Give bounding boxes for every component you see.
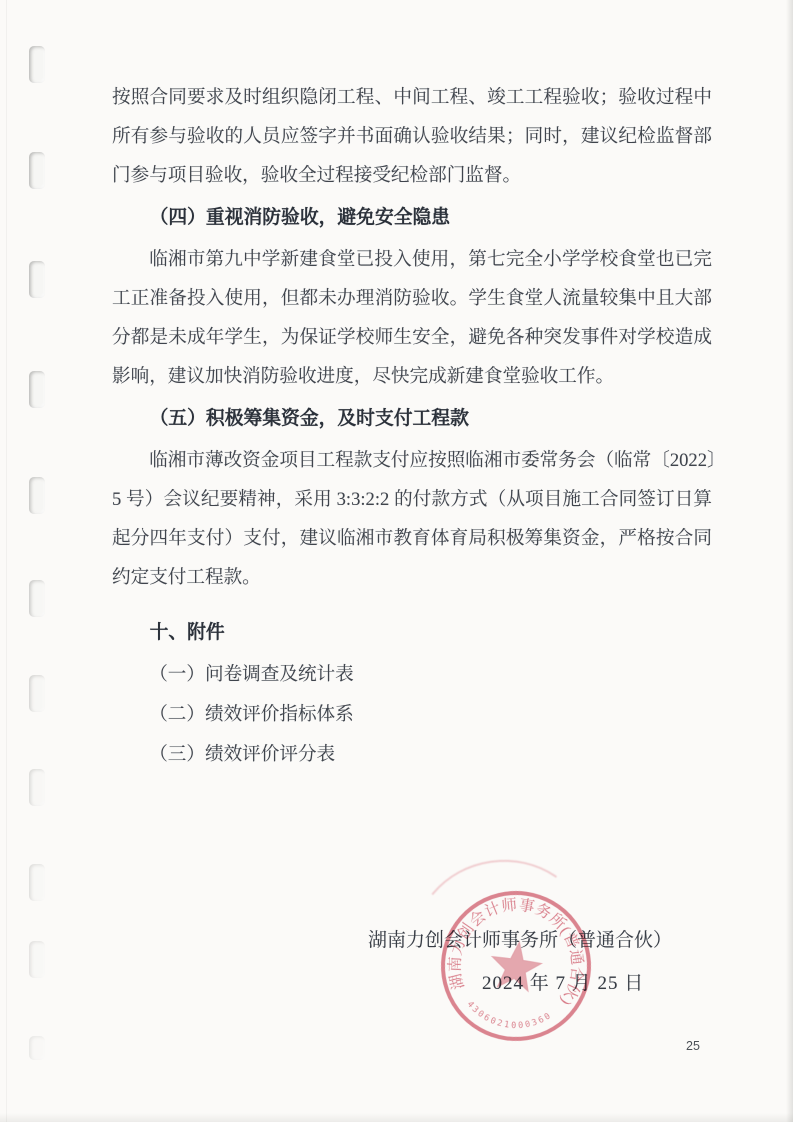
binding-hole [29, 675, 45, 712]
seal-star-icon [488, 939, 543, 992]
paragraph-line: 5 号）会议纪要精神，采用 3:3:2:2 的付款方式（从项目施工合同签订日算 [112, 480, 712, 519]
binding-hole [29, 580, 45, 617]
paragraph-continuation: 按照合同要求及时组织隐闭工程、中间工程、竣工工程验收；验收过程中所有参与验收的人… [112, 78, 712, 195]
binding-hole [29, 941, 45, 978]
paragraph-line: 按照合同要求及时组织隐闭工程、中间工程、竣工工程验收；验收过程中 [112, 78, 712, 117]
binding-hole [29, 152, 45, 189]
scan-edge-right [786, 0, 793, 1122]
binding-hole [29, 864, 45, 901]
section-heading-5: （五）积极筹集资金，及时支付工程款 [112, 399, 712, 438]
scanned-document-page: 按照合同要求及时组织隐闭工程、中间工程、竣工工程验收；验收过程中所有参与验收的人… [0, 0, 793, 1122]
seal-serial-number: 4306021000360 [462, 999, 555, 1037]
document-body: 按照合同要求及时组织隐闭工程、中间工程、竣工工程验收；验收过程中所有参与验收的人… [112, 78, 712, 774]
paragraph-section-5: 临湘市薄改资金项目工程款支付应按照临湘市委常务会（临常〔2022〕5 号）会议纪… [112, 441, 712, 597]
page-number: 25 [686, 1039, 700, 1053]
attachment-item: （一）问卷调查及统计表 [112, 655, 712, 694]
paragraph-section-4: 临湘市第九中学新建食堂已投入使用，第七完全小学学校食堂也已完工正准备投入使用，但… [112, 240, 712, 396]
paragraph-line: 门参与项目验收，验收全过程接受纪检部门监督。 [112, 156, 712, 195]
scan-edge-left [6, 0, 7, 1122]
paragraph-line: 分都是未成年学生，为保证学校师生安全，避免各种突发事件对学校造成 [112, 318, 712, 357]
binding-hole [29, 1036, 45, 1060]
company-seal-stamp: 湖南力创会计师事务所(普通合伙) 4306021000360 [428, 878, 604, 1054]
binding-hole [29, 371, 45, 408]
binding-hole [29, 46, 45, 83]
scan-edge-bottom [0, 1113, 793, 1122]
binding-hole [29, 769, 45, 806]
paragraph-line: 临湘市第九中学新建食堂已投入使用，第七完全小学学校食堂也已完 [112, 240, 712, 279]
section-heading-10: 十、附件 [112, 613, 712, 652]
svg-text:4306021000360: 4306021000360 [462, 999, 555, 1037]
binding-hole [29, 261, 45, 298]
paragraph-line: 工正准备投入使用，但都未办理消防验收。学生食堂人流量较集中且大部 [112, 279, 712, 318]
attachment-item: （三）绩效评价评分表 [112, 735, 712, 774]
paragraph-line: 影响，建议加快消防验收进度，尽快完成新建食堂验收工作。 [112, 357, 712, 396]
binding-hole [29, 477, 45, 514]
attachment-list: （一）问卷调查及统计表（二）绩效评价指标体系（三）绩效评价评分表 [112, 655, 712, 774]
paragraph-line: 临湘市薄改资金项目工程款支付应按照临湘市委常务会（临常〔2022〕 [112, 441, 712, 480]
paragraph-line: 所有参与验收的人员应签字并书面确认验收结果；同时，建议纪检监督部 [112, 117, 712, 156]
paragraph-line: 约定支付工程款。 [112, 558, 712, 597]
paragraph-line: 起分四年支付）支付，建议临湘市教育体育局积极筹集资金，严格按合同 [112, 519, 712, 558]
attachment-item: （二）绩效评价指标体系 [112, 695, 712, 734]
section-heading-4: （四）重视消防验收，避免安全隐患 [112, 198, 712, 237]
